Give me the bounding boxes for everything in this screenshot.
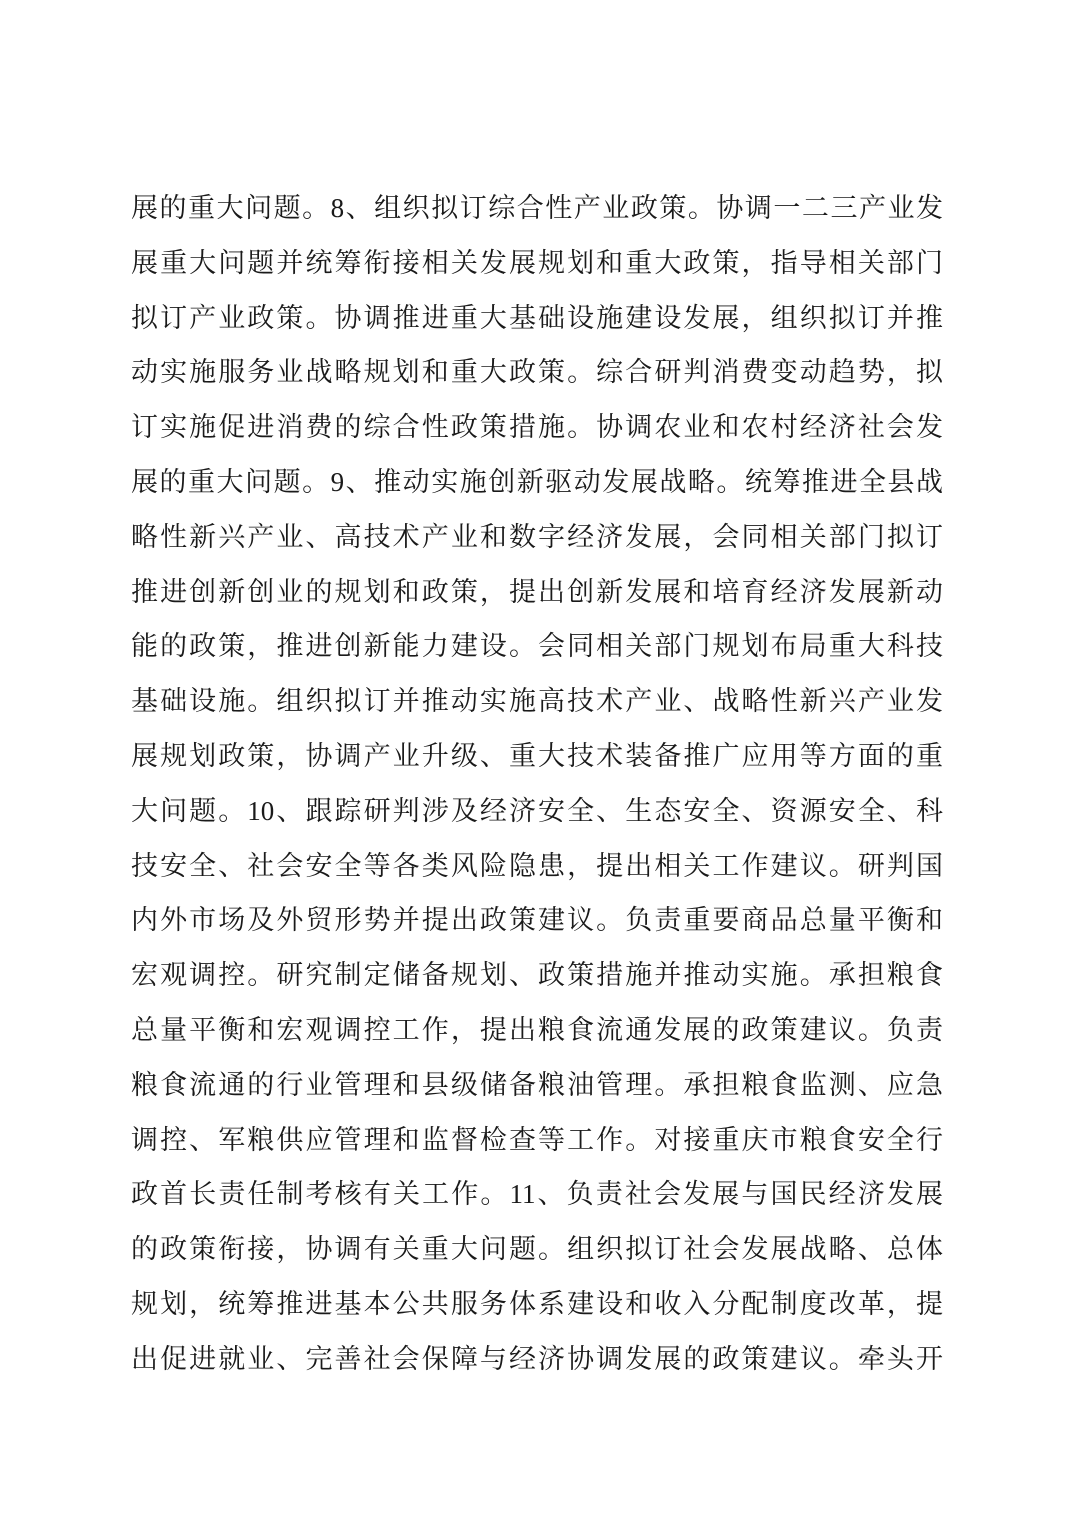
text-line: 展的重大问题。9、推动实施创新驱动发展战略。统筹推进全县战 (131, 455, 943, 510)
document-page: 展的重大问题。8、组织拟订综合性产业政策。协调一二三产业发 展重大问题并统筹衔接… (0, 0, 1074, 1520)
text-line: 能的政策，推进创新能力建设。会同相关部门规划布局重大科技 (131, 619, 943, 674)
text-line: 略性新兴产业、高技术产业和数字经济发展，会同相关部门拟订 (131, 510, 943, 565)
text-line: 订实施促进消费的综合性政策措施。协调农业和农村经济社会发 (131, 400, 943, 455)
text-line: 规划，统筹推进基本公共服务体系建设和收入分配制度改革，提 (131, 1277, 943, 1332)
text-line: 粮食流通的行业管理和县级储备粮油管理。承担粮食监测、应急 (131, 1058, 943, 1113)
text-line: 的政策衔接，协调有关重大问题。组织拟订社会发展战略、总体 (131, 1222, 943, 1277)
text-line: 展的重大问题。8、组织拟订综合性产业政策。协调一二三产业发 (131, 181, 943, 236)
text-line: 内外市场及外贸形势并提出政策建议。负责重要商品总量平衡和 (131, 893, 943, 948)
text-line: 调控、军粮供应管理和监督检查等工作。对接重庆市粮食安全行 (131, 1113, 943, 1168)
text-line: 展重大问题并统筹衔接相关发展规划和重大政策，指导相关部门 (131, 236, 943, 291)
text-line: 出促进就业、完善社会保障与经济协调发展的政策建议。牵头开 (131, 1332, 943, 1387)
text-line: 基础设施。组织拟订并推动实施高技术产业、战略性新兴产业发 (131, 674, 943, 729)
text-line: 政首长责任制考核有关工作。11、负责社会发展与国民经济发展 (131, 1167, 943, 1222)
text-line: 技安全、社会安全等各类风险隐患，提出相关工作建议。研判国 (131, 839, 943, 894)
text-line: 推进创新创业的规划和政策，提出创新发展和培育经济发展新动 (131, 565, 943, 620)
text-line: 宏观调控。研究制定储备规划、政策措施并推动实施。承担粮食 (131, 948, 943, 1003)
body-text-block: 展的重大问题。8、组织拟订综合性产业政策。协调一二三产业发 展重大问题并统筹衔接… (131, 181, 943, 1387)
text-line: 动实施服务业战略规划和重大政策。综合研判消费变动趋势，拟 (131, 345, 943, 400)
text-line: 总量平衡和宏观调控工作，提出粮食流通发展的政策建议。负责 (131, 1003, 943, 1058)
text-line: 大问题。10、跟踪研判涉及经济安全、生态安全、资源安全、科 (131, 784, 943, 839)
text-line: 拟订产业政策。协调推进重大基础设施建设发展，组织拟订并推 (131, 291, 943, 346)
text-line: 展规划政策，协调产业升级、重大技术装备推广应用等方面的重 (131, 729, 943, 784)
